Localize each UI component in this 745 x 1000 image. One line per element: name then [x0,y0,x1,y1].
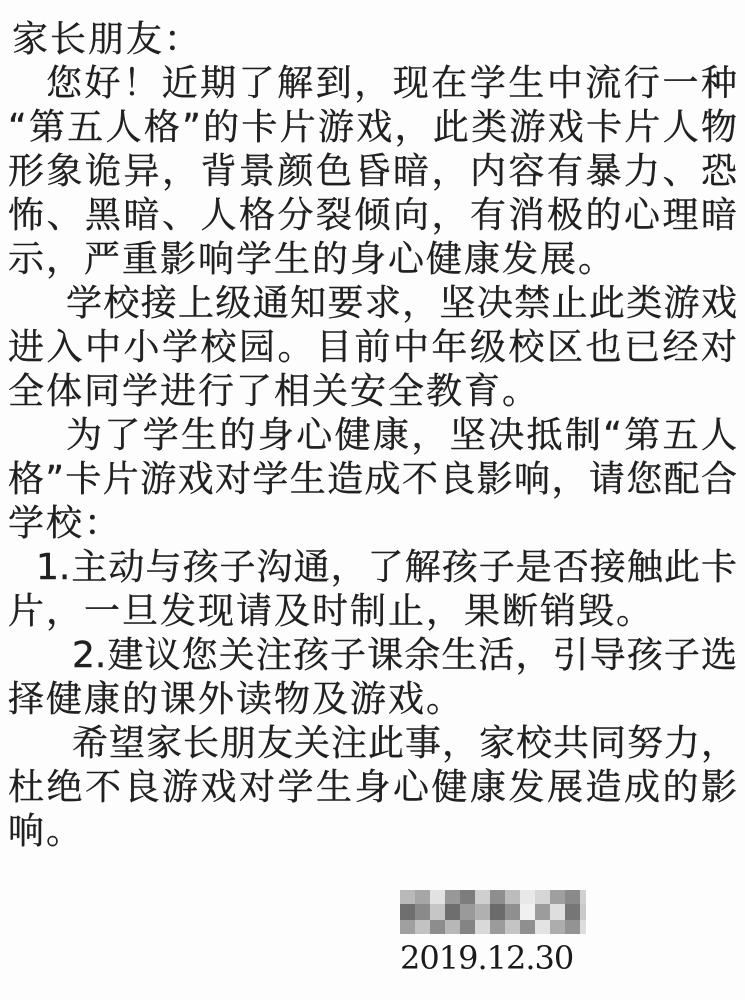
text-line: 学校： [8,502,737,546]
signature-block: 2019.12.30 [400,890,600,978]
letter-body: 家长朋友：您好！近期了解到，现在学生中流行一种“第五人格”的卡片游戏，此类游戏卡… [8,18,737,854]
text-line: 全体同学进行了相关安全教育。 [8,370,737,414]
paragraph-list-item-2: 2.建议您关注孩子课余生活，引导孩子选择健康的课外读物及游戏。 [8,634,737,722]
paragraph-closing: 希望家长朋友关注此事，家校共同努力，杜绝不良游戏对学生身心健康发展造成的影响。 [8,722,737,854]
text-line: 希望家长朋友关注此事，家校共同努力， [8,722,737,766]
text-line: 进入中小学校园。目前中年级校区也已经对 [8,326,737,370]
text-line: 格”卡片游戏对学生造成不良影响，请您配合 [8,458,737,502]
text-line: “第五人格”的卡片游戏，此类游戏卡片人物 [8,106,737,150]
text-line: 您好！近期了解到，现在学生中流行一种 [8,62,737,106]
text-line: 2.建议您关注孩子课余生活，引导孩子选 [8,634,737,678]
letter-page: 家长朋友：您好！近期了解到，现在学生中流行一种“第五人格”的卡片游戏，此类游戏卡… [0,0,745,1000]
redacted-signature-mosaic [400,890,586,934]
letter-date: 2019.12.30 [400,938,600,978]
paragraph-school-notice: 学校接上级通知要求，坚决禁止此类游戏进入中小学校园。目前中年级校区也已经对全体同… [8,282,737,414]
text-line: 杜绝不良游戏对学生身心健康发展造成的影 [8,766,737,810]
text-line: 形象诡异，背景颜色昏暗，内容有暴力、恐 [8,150,737,194]
text-line: 学校接上级通知要求，坚决禁止此类游戏 [8,282,737,326]
text-line: 怖、黑暗、人格分裂倾向，有消极的心理暗 [8,194,737,238]
text-line: 响。 [8,810,737,854]
text-line: 择健康的课外读物及游戏。 [8,678,737,722]
text-line: 家长朋友： [8,18,737,62]
text-line: 为了学生的身心健康，坚决抵制“第五人 [8,414,737,458]
paragraph-intro: 您好！近期了解到，现在学生中流行一种“第五人格”的卡片游戏，此类游戏卡片人物形象… [8,62,737,282]
paragraph-salutation: 家长朋友： [8,18,737,62]
text-line: 1.主动与孩子沟通，了解孩子是否接触此卡 [8,546,737,590]
text-line: 片，一旦发现请及时制止，果断销毁。 [8,590,737,634]
text-line: 示，严重影响学生的身心健康发展。 [8,238,737,282]
paragraph-list-item-1: 1.主动与孩子沟通，了解孩子是否接触此卡片，一旦发现请及时制止，果断销毁。 [8,546,737,634]
paragraph-appeal: 为了学生的身心健康，坚决抵制“第五人格”卡片游戏对学生造成不良影响，请您配合学校… [8,414,737,546]
